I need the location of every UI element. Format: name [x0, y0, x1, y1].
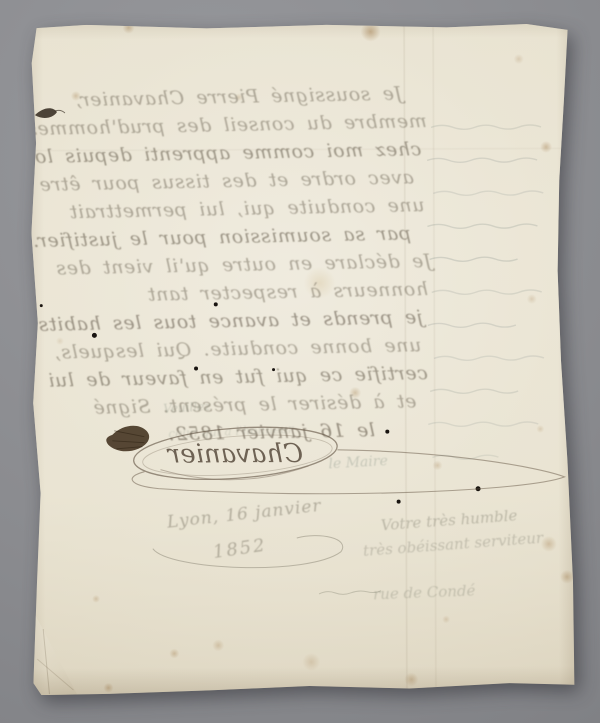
foxing-stain: [540, 141, 552, 153]
letter-verso-paper: Je soussigné Pierre Chavanier,membre du …: [27, 21, 576, 695]
foxing-stain: [123, 22, 135, 34]
foxing-stain: [432, 460, 442, 470]
annotation-date-year: 1852: [212, 535, 268, 564]
annotation-date-place: Lyon, 16 janvier: [166, 496, 322, 533]
foxing-stain: [302, 653, 320, 671]
illegible-trace: [428, 422, 538, 426]
ink-specks: [27, 21, 573, 23]
ink-speck: [40, 304, 43, 307]
paper-shadow-wrapper: Je soussigné Pierre Chavanier,membre du …: [0, 0, 600, 723]
foxing-stain: [514, 54, 524, 64]
illegible-trace: [427, 158, 537, 162]
foxing-stain: [527, 294, 537, 304]
illegible-trace: [433, 191, 543, 195]
foxing-stain: [103, 683, 113, 693]
foxing-stain: [92, 595, 100, 603]
annotation-address-line: rue de Condé: [373, 581, 476, 603]
date-underline-flourish: [153, 536, 343, 569]
annotation-closing-line-2: très obéissant serviteur: [362, 529, 543, 560]
annotation-maire-line: le Maire: [328, 453, 388, 472]
illegible-trace: [434, 356, 544, 360]
foxing-stain: [404, 672, 418, 686]
ink-speck: [476, 486, 481, 491]
foxing-stain: [560, 570, 574, 584]
foxing-stains: [27, 21, 573, 23]
faint-illegible-traces: [427, 125, 544, 460]
foxing-stain: [536, 425, 544, 433]
folded-corner: [29, 603, 77, 695]
bleedthrough-line: le 16 janvier 1852.: [123, 415, 435, 449]
mirrored-bleedthrough-text: Je soussigné Pierre Chavanier,membre du …: [116, 79, 435, 449]
foxing-stain: [361, 22, 381, 42]
corner-crease-lines: [37, 629, 73, 694]
illegible-trace: [431, 125, 541, 129]
illegible-trace: [432, 290, 542, 294]
annotation-closing-line-1: Votre très humble: [380, 506, 518, 534]
illegible-trace: [430, 257, 518, 261]
illegible-trace: [428, 323, 516, 327]
illegible-trace: [430, 389, 518, 393]
ink-speck: [397, 500, 401, 504]
address-illegible-word: [319, 591, 381, 595]
illegible-trace: [432, 455, 498, 459]
foxing-stain: [169, 649, 179, 659]
foxing-stain: [541, 536, 557, 552]
foxing-stain: [212, 639, 224, 651]
foxing-stain: [442, 615, 450, 623]
illegible-trace: [427, 224, 537, 228]
photograph-of-letter-verso: Je soussigné Pierre Chavanier,membre du …: [0, 0, 600, 723]
